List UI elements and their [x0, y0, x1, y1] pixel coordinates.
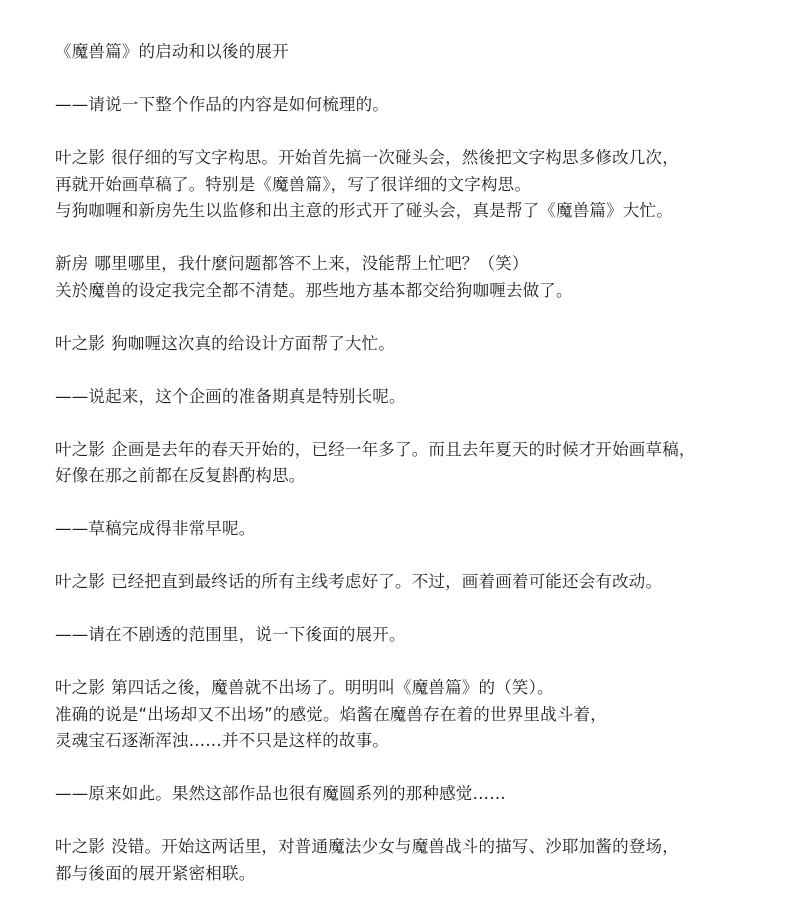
question-paragraph: ——说起来，这个企画的准备期真是特别长呢。: [55, 384, 795, 411]
question-line: ——原来如此。果然这部作品也很有魔圆系列的那种感觉……: [55, 781, 795, 808]
speaker-name: 叶之影: [55, 440, 105, 459]
answer-line: 都与後面的展开紧密相联。: [55, 861, 795, 888]
question-line: ——草稿完成得非常早呢。: [55, 516, 795, 543]
speaker-name: 叶之影: [55, 837, 105, 856]
answer-line: 叶之影狗咖喱这次真的给设计方面帮了大忙。: [55, 331, 795, 358]
answer-paragraph: 叶之影第四话之後，魔兽就不出场了。明明叫《魔兽篇》的（笑）。 准确的说是“出场却…: [55, 675, 795, 755]
answer-paragraph: 叶之影已经把直到最终话的所有主线考虑好了。不过，画着画着可能还会有改动。: [55, 569, 795, 596]
answer-line: 关於魔兽的设定我完全都不清楚。那些地方基本都交给狗咖喱去做了。: [55, 278, 795, 305]
question-paragraph: ——原来如此。果然这部作品也很有魔圆系列的那种感觉……: [55, 781, 795, 808]
answer-paragraph: 新房哪里哪里，我什麼问题都答不上来，没能帮上忙吧？（笑） 关於魔兽的设定我完全都…: [55, 251, 795, 304]
speaker-name: 新房: [55, 254, 88, 273]
answer-line: 叶之影已经把直到最终话的所有主线考虑好了。不过，画着画着可能还会有改动。: [55, 569, 795, 596]
answer-line: 与狗咖喱和新房先生以监修和出主意的形式开了碰头会，真是帮了《魔兽篇》大忙。: [55, 198, 795, 225]
answer-line: 好像在那之前都在反复斟酌构思。: [55, 463, 795, 490]
document-title: 《魔兽篇》的启动和以後的展开: [55, 39, 795, 66]
question-paragraph: ——请说一下整个作品的内容是如何梳理的。: [55, 92, 795, 119]
answer-line: 再就开始画草稿了。特别是《魔兽篇》，写了很详细的文字构思。: [55, 172, 795, 199]
question-line: ——说起来，这个企画的准备期真是特别长呢。: [55, 384, 795, 411]
answer-line: 叶之影企画是去年的春天开始的，已经一年多了。而且去年夏天的时候才开始画草稿，: [55, 437, 795, 464]
answer-paragraph: 叶之影企画是去年的春天开始的，已经一年多了。而且去年夏天的时候才开始画草稿， 好…: [55, 437, 795, 490]
speaker-name: 叶之影: [55, 678, 105, 697]
answer-line: 灵魂宝石逐渐浑浊……并不只是这样的故事。: [55, 728, 795, 755]
interview-document: 《魔兽篇》的启动和以後的展开 ——请说一下整个作品的内容是如何梳理的。 叶之影很…: [55, 39, 795, 914]
question-line: ——请在不剧透的范围里，说一下後面的展开。: [55, 622, 795, 649]
speaker-name: 叶之影: [55, 148, 105, 167]
speaker-name: 叶之影: [55, 334, 105, 353]
answer-line: 准确的说是“出场却又不出场”的感觉。焰酱在魔兽存在着的世界里战斗着，: [55, 702, 795, 729]
answer-line: 叶之影第四话之後，魔兽就不出场了。明明叫《魔兽篇》的（笑）。: [55, 675, 795, 702]
answer-line: 叶之影没错。开始这两话里，对普通魔法少女与魔兽战斗的描写、沙耶加酱的登场，: [55, 834, 795, 861]
question-line: ——请说一下整个作品的内容是如何梳理的。: [55, 92, 795, 119]
question-paragraph: ——请在不剧透的范围里，说一下後面的展开。: [55, 622, 795, 649]
answer-paragraph: 叶之影没错。开始这两话里，对普通魔法少女与魔兽战斗的描写、沙耶加酱的登场， 都与…: [55, 834, 795, 887]
answer-paragraph: 叶之影很仔细的写文字构思。开始首先搞一次碰头会，然後把文字构思多修改几次， 再就…: [55, 145, 795, 225]
question-paragraph: ——草稿完成得非常早呢。: [55, 516, 795, 543]
answer-line: 新房哪里哪里，我什麼问题都答不上来，没能帮上忙吧？（笑）: [55, 251, 795, 278]
speaker-name: 叶之影: [55, 572, 105, 591]
answer-line: 叶之影很仔细的写文字构思。开始首先搞一次碰头会，然後把文字构思多修改几次，: [55, 145, 795, 172]
answer-paragraph: 叶之影狗咖喱这次真的给设计方面帮了大忙。: [55, 331, 795, 358]
